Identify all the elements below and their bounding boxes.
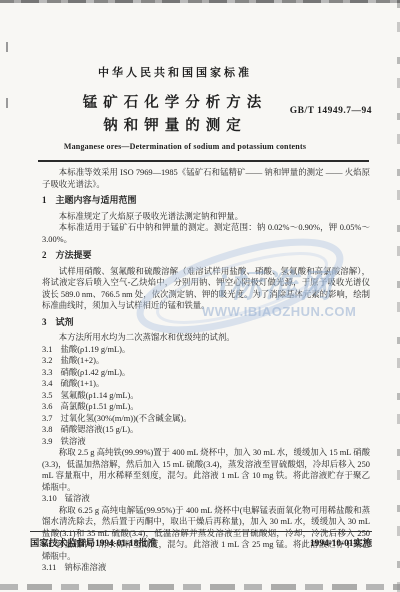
- section-3-intro: 本方法所用水均为二次蒸馏水和优级纯的试剂。: [42, 332, 370, 344]
- national-standard-label: 中华人民共和国国家标准: [42, 64, 308, 80]
- reagent-item: 3.10锰溶液: [42, 493, 370, 505]
- reagent-item: 3.3硝酸(ρ1.42 g/mL)。: [42, 367, 370, 379]
- section-title: 试剂: [56, 317, 74, 327]
- scan-mark-left: [6, 42, 8, 52]
- reagent-item: 3.6高氯酸(ρ1.51 g/mL)。: [42, 401, 370, 413]
- standard-number: GB/T 14949.7—94: [290, 106, 372, 116]
- section-1-para-1: 本标准规定了火焰原子吸收光谱法测定钠和钾量。: [42, 211, 370, 223]
- section-1-heading: 1主题内容与适用范围: [42, 195, 370, 207]
- item-text: 锰溶液: [65, 494, 90, 503]
- item-number: 3.5: [42, 391, 52, 400]
- section-number: 3: [42, 317, 47, 327]
- item-number: 3.7: [42, 414, 52, 423]
- reagent-item: 3.4硫酸(1+1)。: [42, 378, 370, 390]
- footer-approval: 国家技术监督局1994-01-18批准: [30, 535, 157, 549]
- title-line-1: 锰矿石化学分析方法: [42, 92, 308, 115]
- reagent-item: 3.11钠标准溶液: [42, 562, 370, 574]
- item-number: 3.8: [42, 425, 52, 434]
- footer-implementation: 1994-10-01实施: [310, 535, 372, 549]
- scanned-standard-page: 中华人民共和国国家标准 锰矿石化学分析方法 钠和钾量的测定 GB/T 14949…: [0, 0, 400, 592]
- iron-solution-paragraph: 称取 2.5 g 高纯铁(99.99%)置于 400 mL 烧杯中，加入 30 …: [42, 447, 370, 493]
- reagent-item: 3.7过氧化氢(30%(m/m))(不含碱金属)。: [42, 413, 370, 425]
- document-title: 锰矿石化学分析方法 钠和钾量的测定: [42, 92, 308, 138]
- title-line-2: 钠和钾量的测定: [42, 115, 308, 138]
- reagent-item: 3.5氢氟酸(ρ1.14 g/mL)。: [42, 390, 370, 402]
- page-number: 26: [44, 551, 51, 559]
- item-text: 盐酸(1+2)。: [60, 356, 104, 365]
- item-text: 硫酸(1+1)。: [60, 379, 104, 388]
- item-number: 3.2: [42, 356, 52, 365]
- section-3-heading: 3试剂: [42, 317, 370, 329]
- footer: 国家技术监督局1994-01-18批准 1994-10-01实施: [30, 531, 372, 549]
- item-text: 硝酸锶溶液(15 g/L)。: [60, 425, 138, 434]
- section-2-para: 试样用硝酸、氢氟酸和硫酸溶解（难溶试样用盐酸、硝酸、氢氟酸和高氯酸溶解），将试液…: [42, 266, 370, 312]
- section-number: 2: [42, 250, 47, 260]
- scan-noise-top: [0, 0, 400, 3]
- reagent-item: 3.9铁溶液: [42, 436, 370, 448]
- english-title: Manganese ores—Determination of sodium a…: [42, 142, 328, 151]
- item-text: 硝酸(ρ1.42 g/mL)。: [60, 368, 130, 377]
- document-body: 本标准等效采用 ISO 7969—1985《锰矿石和锰精矿—— 钠和钾量的测定 …: [42, 167, 370, 574]
- section-title: 主题内容与适用范围: [56, 195, 137, 205]
- header-rule: [38, 160, 369, 162]
- item-number: 3.4: [42, 379, 52, 388]
- item-text: 过氧化氢(30%(m/m))(不含碱金属)。: [60, 414, 191, 423]
- item-number: 3.9: [42, 437, 52, 446]
- item-number: 3.11: [42, 563, 56, 572]
- item-number: 3.1: [42, 345, 52, 354]
- reagent-item: 3.2盐酸(1+2)。: [42, 355, 370, 367]
- scan-mark-left: [6, 98, 8, 108]
- reagent-item: 3.1盐酸(ρ1.19 g/mL)。: [42, 344, 370, 356]
- section-2-heading: 2方法提要: [42, 250, 370, 262]
- reagent-item: 3.8硝酸锶溶液(15 g/L)。: [42, 424, 370, 436]
- section-number: 1: [42, 195, 47, 205]
- item-text: 盐酸(ρ1.19 g/mL)。: [60, 345, 130, 354]
- intro-paragraph: 本标准等效采用 ISO 7969—1985《锰矿石和锰精矿—— 钠和钾量的测定 …: [42, 167, 370, 190]
- section-title: 方法提要: [56, 250, 92, 260]
- item-number: 3.10: [42, 494, 57, 503]
- scan-noise-bottom: [0, 584, 400, 590]
- item-text: 氢氟酸(ρ1.14 g/mL)。: [60, 391, 138, 400]
- item-text: 钠标准溶液: [64, 563, 106, 572]
- item-text: 高氯酸(ρ1.51 g/mL)。: [60, 402, 138, 411]
- item-number: 3.6: [42, 402, 52, 411]
- item-text: 铁溶液: [60, 437, 85, 446]
- section-1-para-2: 本标准适用于锰矿石中钠和钾量的测定。测定范围：钠 0.02%～0.90%，钾 0…: [42, 222, 370, 245]
- item-number: 3.3: [42, 368, 52, 377]
